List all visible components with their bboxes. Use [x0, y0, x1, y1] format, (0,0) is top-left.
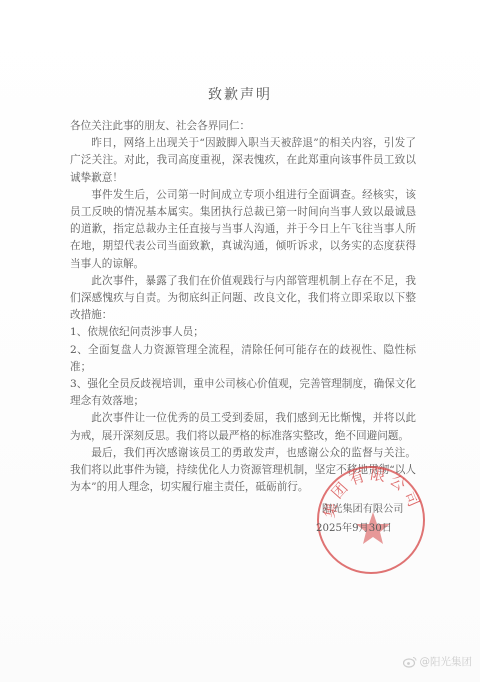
document-body: 各位关注此事的朋友、社会各界同仁： 昨日，网络上出现关于“因跛脚入职当天被辞退”… — [70, 118, 416, 496]
salutation: 各位关注此事的朋友、社会各界同仁： — [70, 118, 416, 135]
signature-company: 阳光集团有限公司 — [322, 500, 442, 515]
watermark-text: @阳光集团 — [420, 654, 473, 669]
weibo-icon — [403, 656, 417, 668]
measure-3: 3、强化全员反歧视培训，重申公司核心价值观，完善管理制度，确保文化理念有效落地； — [70, 376, 416, 410]
signature-date: 2025年9月30日 — [316, 519, 436, 534]
paragraph-2: 事件发生后，公司第一时间成立专项小组进行全面调查。经核实，该员工反映的情况基本属… — [70, 187, 416, 273]
weibo-watermark: @阳光集团 — [403, 654, 473, 669]
document-page: 致歉声明 各位关注此事的朋友、社会各界同仁： 昨日，网络上出现关于“因跛脚入职当… — [0, 0, 480, 682]
document-title: 致歉声明 — [0, 84, 480, 104]
paragraph-1: 昨日，网络上出现关于“因跛脚入职当天被辞退”的相关内容，引发了广泛关注。对此，我… — [70, 135, 416, 187]
paragraph-3: 此次事件，暴露了我们在价值观践行与内部管理机制上存在不足，我们深感愧疚与自责。为… — [70, 273, 416, 325]
closing-paragraph-1: 此次事件让一位优秀的员工受到委屈，我们感到无比惭愧，并将以此为戒，展开深刻反思。… — [70, 410, 416, 444]
measure-2: 2、全面复盘人力资源管理全流程，清除任何可能存在的歧视性、隐性标准； — [70, 342, 416, 376]
measure-1: 1、依规依纪问责涉事人员； — [70, 324, 416, 341]
